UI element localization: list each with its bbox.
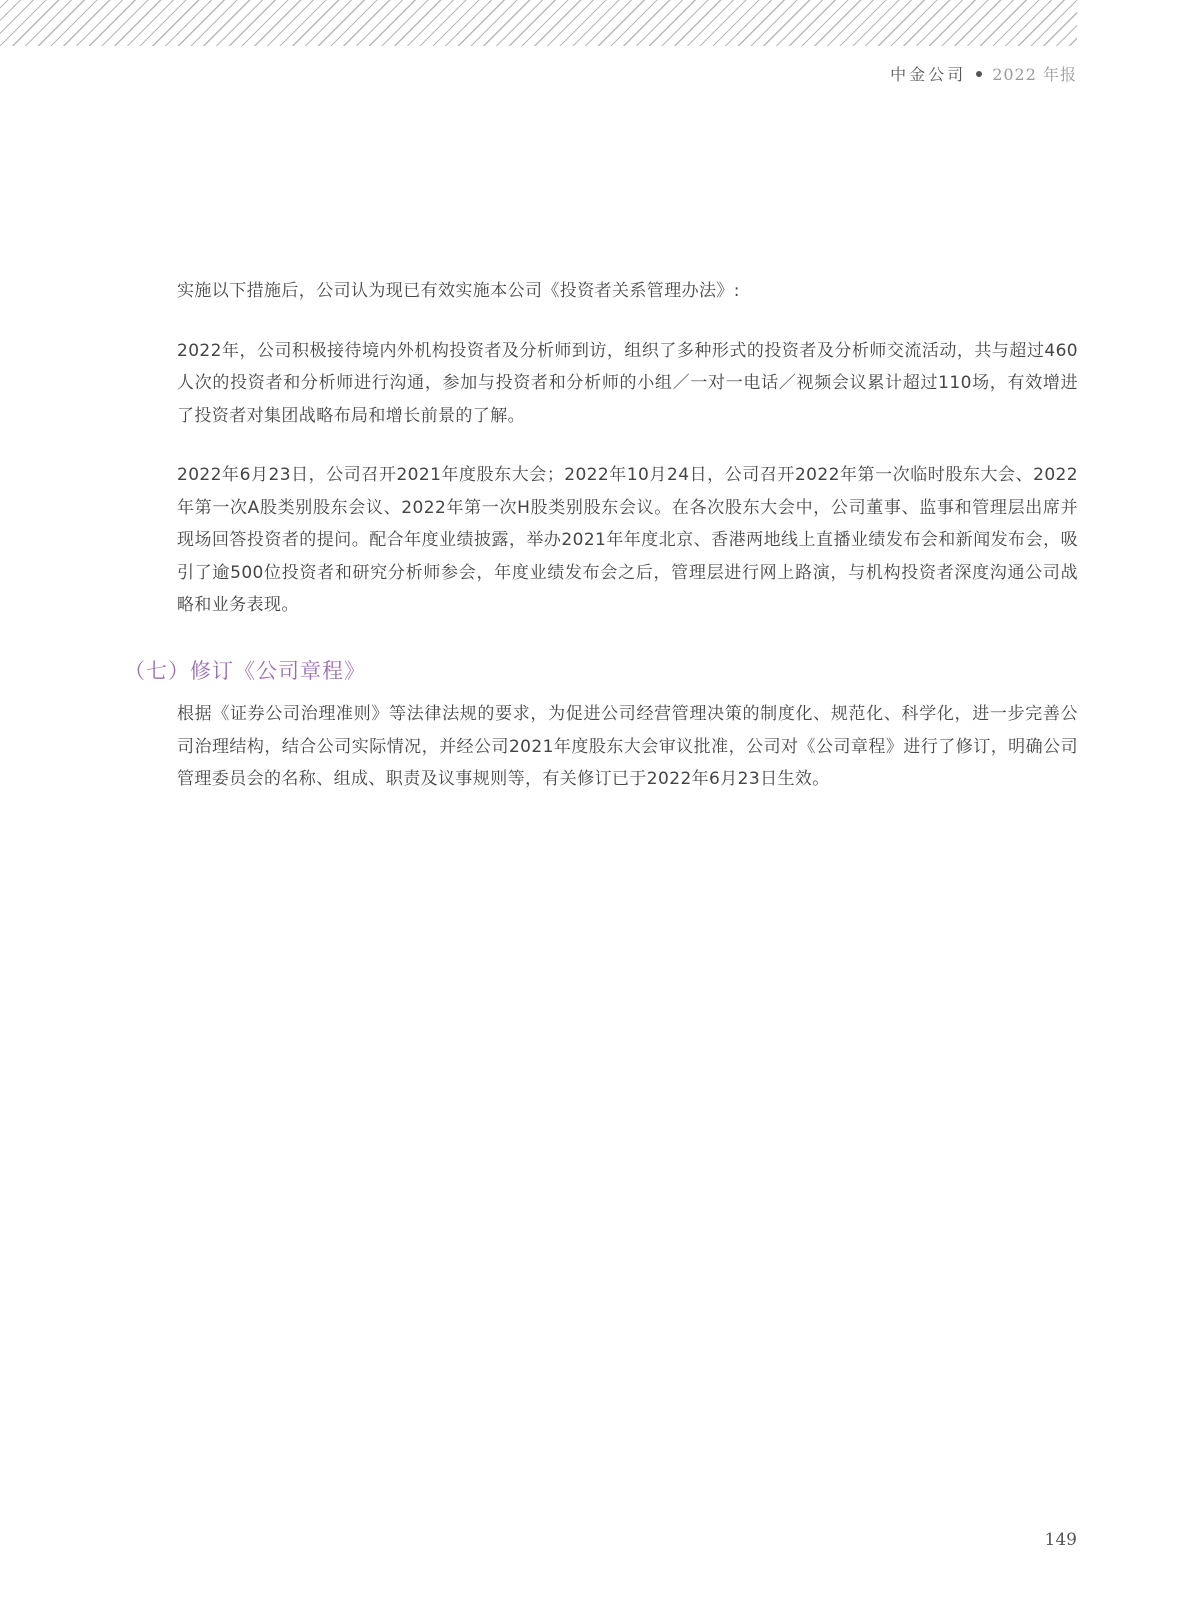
body-paragraph: 2022年，公司积极接待境内外机构投资者及分析师到访，组织了多种形式的投资者及分… (177, 335, 1078, 433)
running-header: 中金公司 2022 年报 (890, 62, 1077, 85)
section-paragraph: 根据《证券公司治理准则》等法律法规的要求，为促进公司经营管理决策的制度化、规范化… (177, 698, 1078, 796)
body-paragraph: 实施以下措施后，公司认为现已有效实施本公司《投资者关系管理办法》: (177, 275, 1078, 308)
page-number: 149 (1045, 1530, 1077, 1550)
body-paragraph: 2022年6月23日，公司召开2021年度股东大会；2022年10月24日，公司… (177, 459, 1078, 622)
body-content: 实施以下措施后，公司认为现已有效实施本公司《投资者关系管理办法》: 2022年，… (177, 275, 1078, 649)
header-company: 中金公司 (890, 62, 966, 85)
decorative-hatch-band (0, 0, 1077, 46)
header-report-title: 2022 年报 (992, 62, 1077, 85)
section-body: 根据《证券公司治理准则》等法律法规的要求，为促进公司经营管理决策的制度化、规范化… (177, 698, 1078, 823)
bullet-separator-icon (976, 71, 982, 77)
section-heading: （七）修订《公司章程》 (124, 655, 366, 685)
